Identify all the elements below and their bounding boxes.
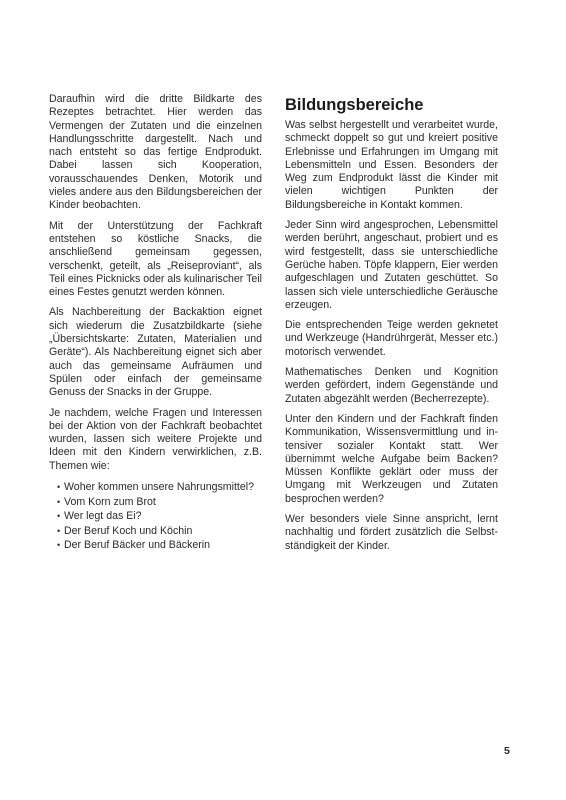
paragraph-motor-skills: Die entsprechenden Teige werden geknetet… xyxy=(285,319,498,359)
topic-list: • Woher kommen unsere Nahrungsmittel? • … xyxy=(49,480,262,553)
list-item: • Der Beruf Bäcker und Bäckerin xyxy=(57,538,262,553)
bullet-icon: • xyxy=(57,509,60,524)
list-item: • Vom Korn zum Brot xyxy=(57,495,262,510)
list-item-label: Vom Korn zum Brot xyxy=(64,496,156,508)
paragraph-further-projects: Je nachdem, welche Fragen und Interessen… xyxy=(49,407,262,473)
list-item-label: Der Beruf Koch und Köchin xyxy=(64,525,192,537)
list-item: • Der Beruf Koch und Köchin xyxy=(57,524,262,539)
list-item: • Woher kommen unsere Nahrungsmittel? xyxy=(57,480,262,495)
right-column: Bildungsbereiche Was selbst hergestellt … xyxy=(285,95,498,560)
list-item: • Wer legt das Ei? xyxy=(57,509,262,524)
page-number: 5 xyxy=(504,745,510,757)
list-item-label: Der Beruf Bäcker und Bäckerin xyxy=(64,539,210,551)
bullet-icon: • xyxy=(57,524,60,539)
paragraph-math: Mathematisches Denken und Kognition werd… xyxy=(285,366,498,406)
bullet-icon: • xyxy=(57,495,60,510)
paragraph-snacks: Mit der Unterstützung der Fachkraft ents… xyxy=(49,220,262,300)
paragraph-conclusion: Wer besonders viele Sinne anspricht, ler… xyxy=(285,513,498,553)
bullet-icon: • xyxy=(57,480,60,495)
paragraph-follow-up: Als Nachbereitung der Backaktion eignet … xyxy=(49,306,262,399)
bullet-icon: • xyxy=(57,538,60,553)
list-item-label: Wer legt das Ei? xyxy=(64,510,142,522)
paragraph-recipe-card: Daraufhin wird die dritte Bildkarte des … xyxy=(49,93,262,213)
paragraph-senses: Jeder Sinn wird angesprochen, Lebensmitt… xyxy=(285,219,498,312)
section-heading: Bildungsbereiche xyxy=(285,95,498,115)
list-item-label: Woher kommen unsere Nahrungsmittel? xyxy=(64,481,254,493)
left-column: Daraufhin wird die dritte Bildkarte des … xyxy=(49,93,262,553)
paragraph-intro: Was selbst hergestellt und verarbeitet w… xyxy=(285,119,498,212)
paragraph-communication: Unter den Kindern und der Fachkraft find… xyxy=(285,413,498,506)
